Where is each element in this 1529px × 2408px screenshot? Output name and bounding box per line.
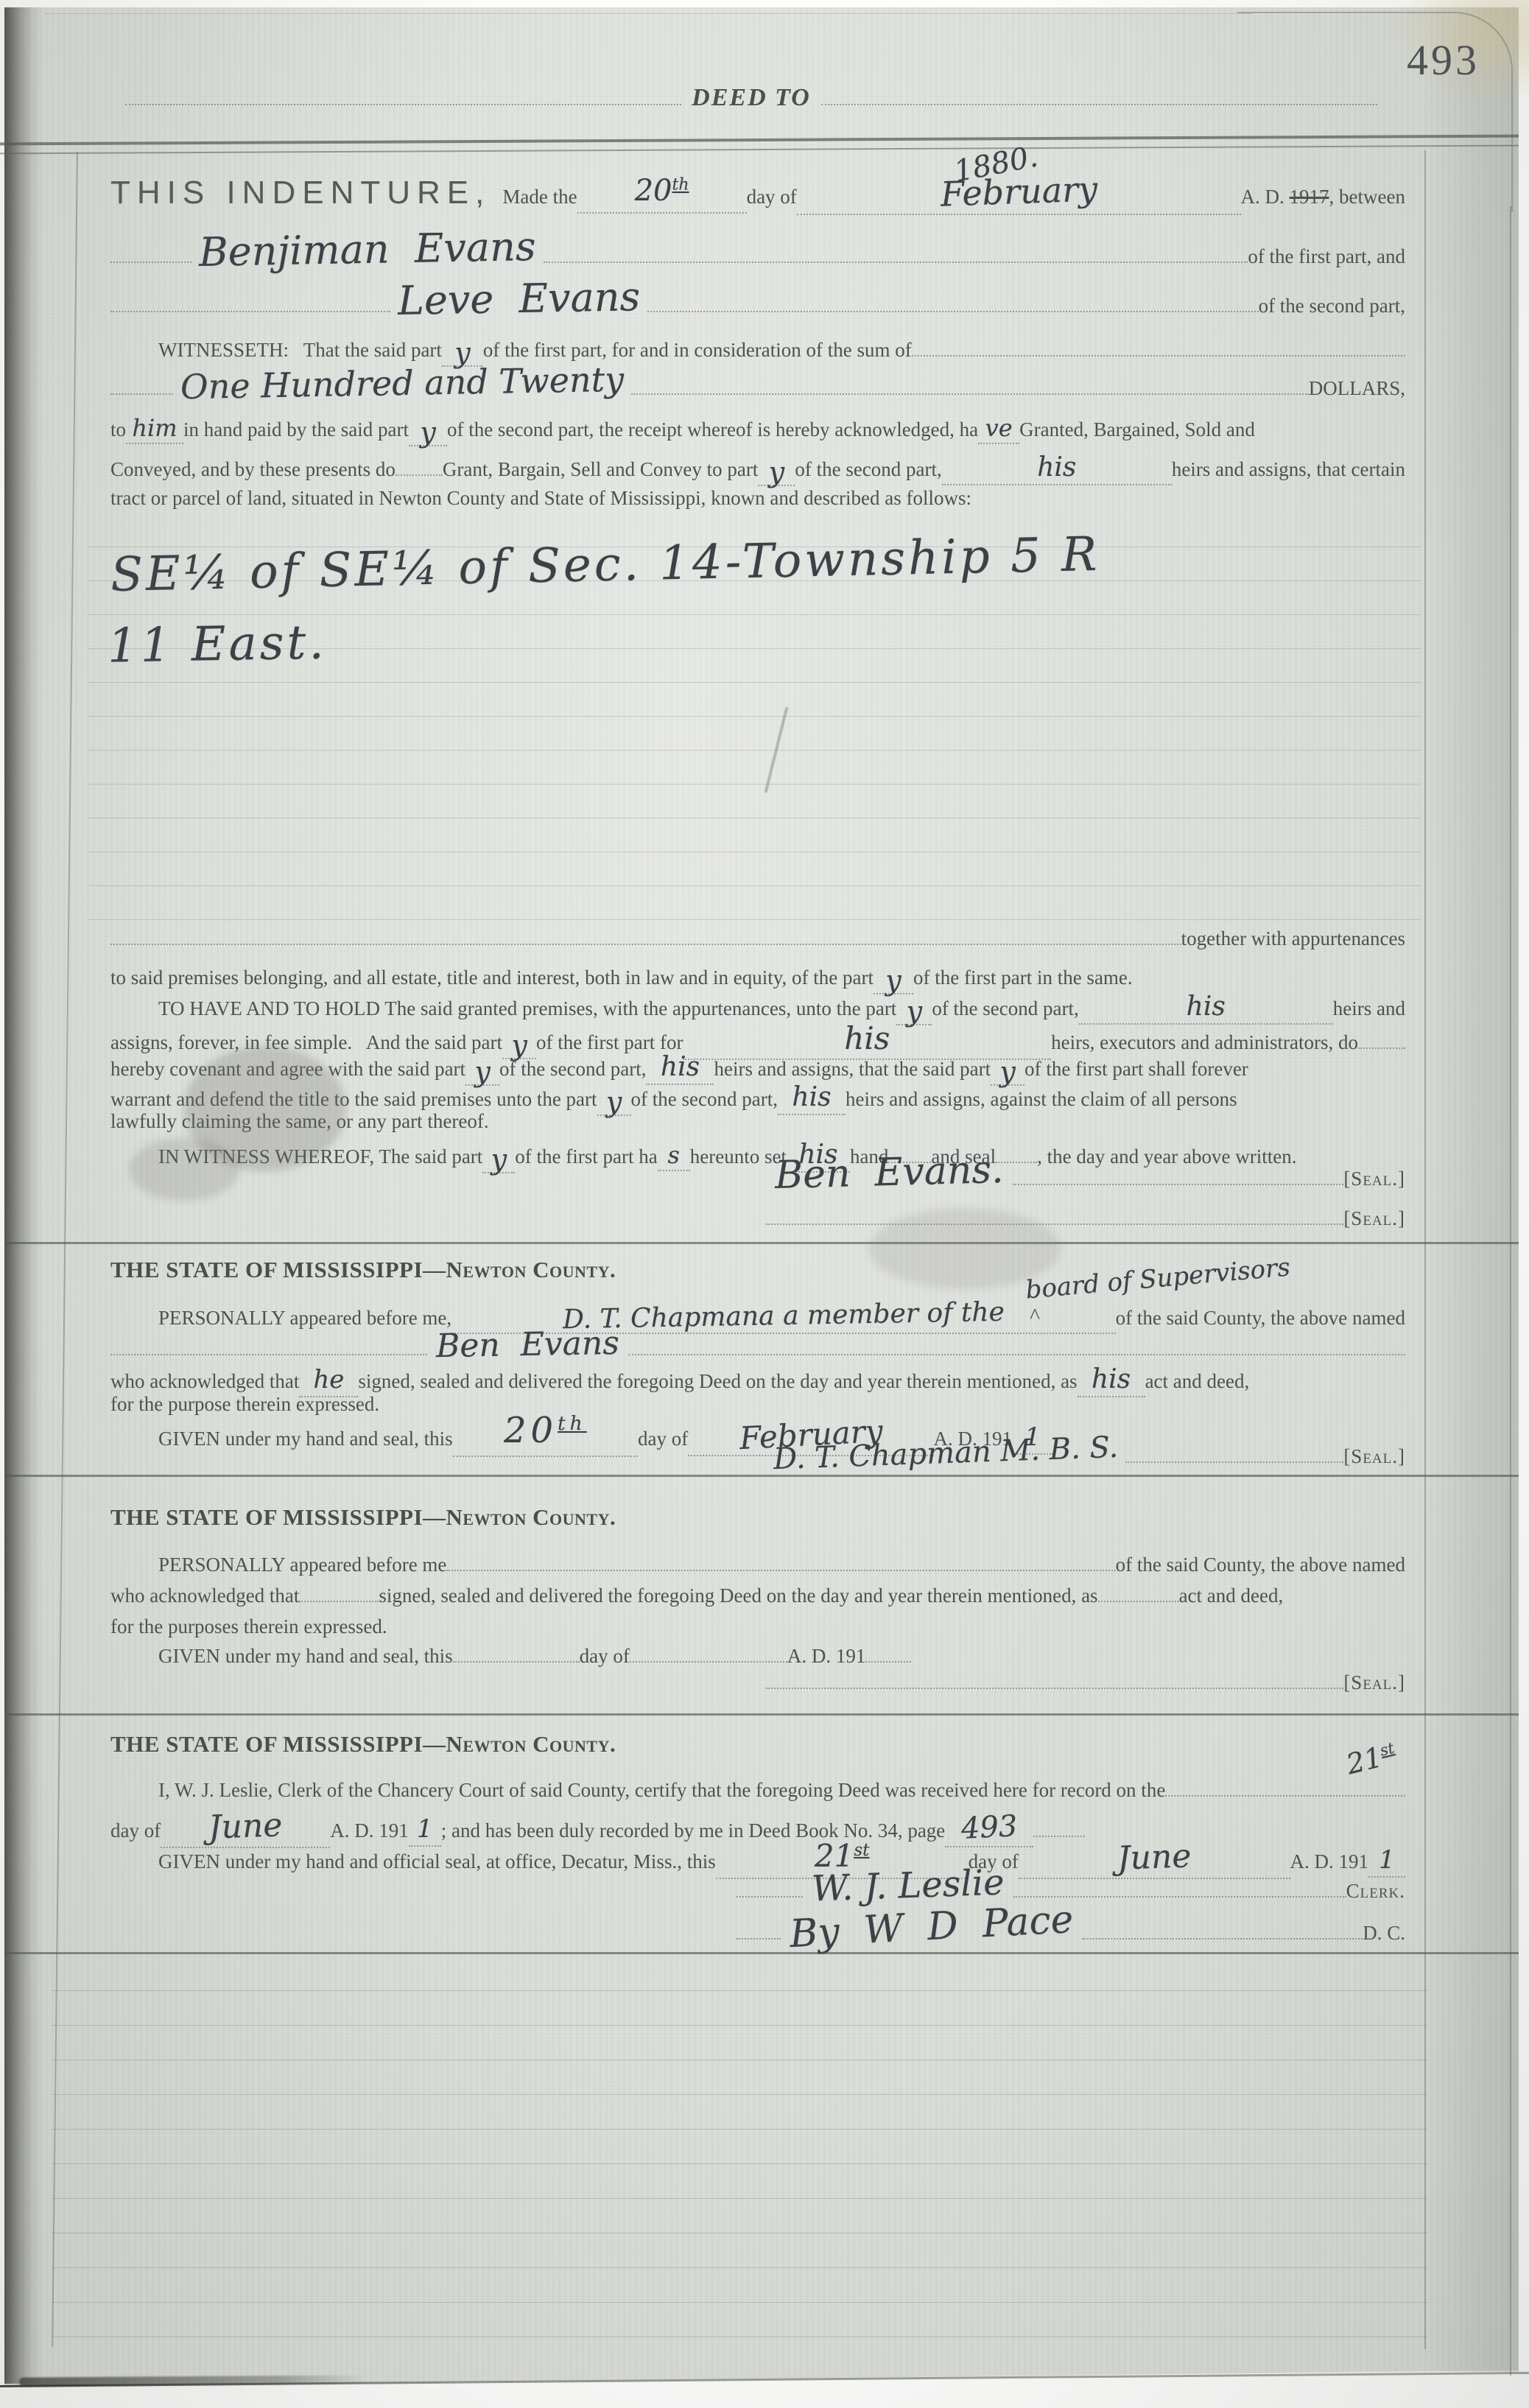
print-day-of: day of: [638, 1427, 688, 1452]
dotted-line: [821, 104, 1377, 105]
ruled-line: [88, 784, 1421, 784]
print-ad-191: A. D. 191: [787, 1644, 866, 1669]
dotted-line: [453, 1661, 580, 1663]
print-witnesseth: WITNESSETH: That the said part: [158, 338, 442, 363]
ruled-line: [52, 2129, 1427, 2130]
ruled-line: [88, 682, 1421, 683]
ruled-line: [52, 2337, 1427, 2337]
heirs-fill: his: [1078, 1363, 1145, 1397]
hw-given-day: 20th: [504, 1408, 587, 1453]
dotted-line: [737, 1896, 803, 1898]
ruled-line: [52, 2094, 1427, 2095]
ink-smudge: [869, 1208, 1061, 1289]
grantee-line: Leve Evans of the second part,: [110, 274, 1405, 324]
hw-acknowledger-name: Ben Evans: [427, 1323, 629, 1367]
print-signed-sealed: signed, sealed and delivered the foregoi…: [379, 1584, 1097, 1609]
dotted-line: [110, 1354, 427, 1355]
deputy-label: D. C.: [1363, 1921, 1405, 1946]
witnesseth-line1: WITNESSETH: That the said part y of the …: [110, 330, 1405, 367]
print-forever: of the first part shall forever: [1024, 1057, 1248, 1082]
ack1-heading: THE STATE OF MISSISSIPPI— Newton County.: [110, 1257, 616, 1283]
hw-y: y: [606, 1085, 622, 1120]
ruled-line: [88, 885, 1421, 886]
dotted-line: [647, 311, 1258, 312]
party-fill: y: [758, 449, 795, 486]
hw-grantee-name: Leve Evans: [390, 272, 647, 326]
print-grant-bargain: Grant, Bargain, Sell and Convey to part: [443, 457, 758, 482]
print-heirs-assigns: heirs and assigns, that certain: [1172, 457, 1405, 482]
hw-his: his: [1092, 1363, 1131, 1396]
print-appurtenances: together with appurtenances: [1181, 927, 1405, 952]
ruled-line: [88, 614, 1421, 615]
print-to: to: [110, 418, 126, 443]
print-given: GIVEN under my hand and seal, this: [158, 1427, 453, 1452]
day-fill: 20th: [453, 1411, 638, 1457]
hw-day-num: 20: [504, 1410, 558, 1451]
grantor-line: Benjiman Evans of the first part, and: [110, 225, 1405, 275]
hw-s: s: [668, 1140, 680, 1170]
print-between: , between: [1329, 185, 1405, 210]
ruled-line: [52, 2198, 1427, 2199]
dotted-line: [1098, 1601, 1179, 1602]
print-made-the: Made the: [502, 185, 577, 210]
ruled-line: [88, 716, 1421, 717]
print-given: GIVEN under my hand and seal, this: [158, 1644, 453, 1669]
dotted-line: [737, 1938, 781, 1940]
grantor-signature-line: Ben Evans. [Seal.]: [766, 1149, 1405, 1197]
ruled-line: [88, 852, 1421, 852]
indenture-title: THIS INDENTURE,: [110, 172, 491, 213]
print-premises: to said premises belonging, and all esta…: [110, 966, 874, 991]
county-heading: Newton County.: [446, 1504, 616, 1531]
print-signed-sealed: signed, sealed and delivered the foregoi…: [358, 1369, 1077, 1394]
ruled-line: [52, 2025, 1427, 2026]
dotted-line: [446, 1570, 1115, 1571]
witnesseth-line4: tract or parcel of land, situated in New…: [110, 486, 971, 511]
witnesseth-line2: to him in hand paid by the said part y o…: [110, 410, 1405, 446]
print-act-deed: act and deed,: [1145, 1369, 1250, 1394]
print-dollars: DOLLARS,: [1309, 376, 1405, 401]
dotted-line: [630, 1661, 787, 1663]
state-heading: THE STATE OF MISSISSIPPI—: [110, 1257, 446, 1283]
appurtenances-line: together with appurtenances: [110, 927, 1405, 952]
ack2-heading: THE STATE OF MISSISSIPPI— Newton County.: [110, 1504, 616, 1531]
print-given-official: GIVEN under my hand and official seal, a…: [158, 1850, 716, 1875]
print-receipt: of the second part, the receipt whereof …: [447, 418, 978, 443]
book-binding-shadow: [4, 7, 43, 2384]
print-granted: Granted, Bargained, Sold and: [1019, 418, 1255, 443]
dotted-line: [865, 1661, 911, 1663]
payee-fill: him: [126, 413, 183, 444]
deputy-signature-line: By W D Pace D. C.: [737, 1903, 1405, 1951]
verb-fill: ve: [978, 413, 1019, 444]
print-day-of: day of: [747, 185, 797, 210]
dotted-line: [1082, 1938, 1363, 1940]
hw-day-suffix: st: [854, 1841, 869, 1860]
section-divider: [4, 1952, 1519, 1954]
dotted-line: [912, 355, 1405, 357]
ack2-acknowledged-line: who acknowledged that signed, sealed and…: [110, 1584, 1405, 1609]
print-clerk-cert: I, W. J. Leslie, Clerk of the Chancery C…: [158, 1778, 1165, 1803]
clerk-heading: THE STATE OF MISSISSIPPI— Newton County.: [110, 1731, 616, 1758]
amount-line: One Hundred and Twenty DOLLARS,: [110, 362, 1405, 405]
hw-him: him: [132, 413, 177, 443]
hw-grantor-signature: Ben Evans.: [765, 1146, 1013, 1201]
print-in-same: of the first part in the same.: [913, 966, 1133, 991]
hw-land-description-2: 11 East.: [107, 615, 327, 673]
party-fill: y: [409, 410, 447, 446]
ack2-personally-line: PERSONALLY appeared before me of the sai…: [110, 1553, 1405, 1578]
ruled-line: [52, 2233, 1427, 2233]
dotted-line: [125, 104, 681, 105]
page-number: 493: [1407, 35, 1480, 85]
dotted-line: [299, 1601, 379, 1602]
clerk-label: Clerk.: [1346, 1879, 1405, 1904]
hw-y: y: [769, 455, 784, 491]
opening-line: THIS INDENTURE, Made the 20th day of Feb…: [110, 171, 1405, 215]
print-heirs: heirs and: [1333, 997, 1405, 1022]
ack1-officer-signature-line: D. T. Chapman M. B. S. [Seal.]: [766, 1435, 1405, 1472]
ack2-seal-line: [Seal.]: [766, 1671, 1405, 1696]
print-against-claim: heirs and assigns, against the claim of …: [846, 1087, 1237, 1112]
seal-label: [Seal.]: [1343, 1167, 1405, 1192]
ruled-line: [52, 1990, 1427, 1991]
dotted-line: [628, 1354, 1405, 1355]
heirs-fill: his: [778, 1081, 846, 1115]
state-heading: THE STATE OF MISSISSIPPI—: [110, 1504, 446, 1531]
hw-he: he: [313, 1364, 344, 1396]
print-of-first-part: of the first part, and: [1248, 245, 1405, 270]
hw-his: his: [792, 1081, 831, 1114]
print-first-ha: of the first part ha: [515, 1145, 657, 1170]
dotted-line: [766, 1224, 1343, 1225]
ruled-line: [88, 818, 1421, 818]
hw-day: 20th: [635, 172, 689, 209]
dotted-line: [631, 393, 1309, 395]
day-fill: 20th: [577, 175, 747, 214]
print-to-have: TO HAVE AND TO HOLD The said granted pre…: [158, 997, 896, 1022]
dotted-line: [396, 474, 443, 476]
print-act-deed: act and deed,: [1179, 1584, 1284, 1609]
page-edge-line: [1510, 206, 1511, 2376]
dotted-line: [766, 1688, 1343, 1689]
ack2-given-line: GIVEN under my hand and seal, this day o…: [110, 1644, 980, 1669]
print-said-county: of the said County, the above named: [1116, 1553, 1405, 1578]
print-day-of: day of: [580, 1644, 630, 1669]
print-personally: PERSONALLY appeared before me: [158, 1553, 446, 1578]
state-heading: THE STATE OF MISSISSIPPI—: [110, 1731, 446, 1758]
seal-label: [Seal.]: [1343, 1445, 1405, 1470]
month-fill: February: [797, 171, 1241, 215]
hw-grantor-name: Benjiman Evans: [191, 222, 544, 278]
print-paid-by: in hand paid by the said part: [183, 418, 409, 443]
scanned-deed-page: 493 DEED TO THIS INDENTURE, Made the 20t…: [0, 0, 1529, 2408]
section-divider: [4, 1242, 1519, 1244]
hw-deputy-signature: By W D Pace: [780, 1895, 1083, 1959]
second-seal-line: [Seal.]: [766, 1207, 1405, 1232]
struck-year: 1917: [1290, 185, 1329, 210]
dotted-line: [110, 311, 390, 312]
right-margin-line: [1424, 150, 1426, 2349]
page-curl-shading: [1421, 7, 1519, 2372]
hw-officer-signature: D. T. Chapman M. B. S.: [765, 1428, 1126, 1478]
ruled-line: [52, 2060, 1427, 2060]
dotted-line: [110, 261, 191, 263]
ruled-line: [52, 2302, 1427, 2303]
hw-ve: ve: [985, 413, 1013, 443]
ack2-purpose-line: for the purposes therein expressed.: [110, 1615, 387, 1640]
hw-y: y: [420, 415, 435, 451]
hw-day-suffix: th: [672, 176, 689, 194]
dotted-line: [1013, 1184, 1344, 1185]
ruled-line: [88, 919, 1421, 920]
witnesseth-line3: Conveyed, and by these presents do Grant…: [110, 449, 1405, 486]
ruled-line: [52, 2267, 1427, 2268]
hw-y: y: [491, 1142, 507, 1178]
print-conveyed: Conveyed, and by these presents do: [110, 457, 396, 482]
print-who-ack: who acknowledged that: [110, 1584, 299, 1609]
hw-amount: One Hundred and Twenty: [173, 359, 632, 409]
dotted-line: [1125, 1461, 1343, 1463]
verb-fill: s: [658, 1140, 690, 1171]
dotted-line: [110, 944, 1181, 945]
heirs-fill: his: [942, 451, 1172, 485]
party-fill: y: [597, 1079, 631, 1116]
dotted-line: [110, 393, 173, 395]
ruled-line: [88, 750, 1421, 751]
county-heading: Newton County.: [446, 1731, 616, 1758]
print-second: of the second part,: [499, 1057, 646, 1082]
section-divider: [4, 1475, 1519, 1477]
hw-day-num: 20: [635, 174, 672, 208]
print-second: of the second part,: [631, 1087, 778, 1112]
top-border-line: [44, 13, 1252, 14]
county-heading: Newton County.: [446, 1257, 616, 1283]
print-who-ack: who acknowledged that: [110, 1369, 299, 1394]
hw-his: his: [1187, 990, 1226, 1023]
ack1-name-line: Ben Evans: [110, 1324, 1405, 1365]
hw-day-suffix: th: [558, 1412, 587, 1435]
party-fill: y: [482, 1137, 515, 1173]
dotted-line: [1165, 1795, 1405, 1797]
print-second-part: of the second part,: [795, 457, 941, 482]
header-row: DEED TO: [125, 83, 1377, 114]
dotted-line: [544, 261, 1248, 263]
print-of-second-part: of the second part,: [1259, 294, 1405, 319]
print-ad: A. D.: [1241, 185, 1290, 210]
header-title: DEED TO: [692, 83, 811, 114]
hw-his: his: [1037, 451, 1076, 484]
clerk-cert-line1: I, W. J. Leslie, Clerk of the Chancery C…: [110, 1778, 1405, 1803]
section-divider: [4, 1713, 1519, 1716]
ink-smudge: [129, 1138, 239, 1201]
print-second: of the second part,: [932, 997, 1078, 1022]
seal-label: [Seal.]: [1343, 1671, 1405, 1696]
seal-label: [Seal.]: [1343, 1207, 1405, 1232]
ruled-line: [52, 2163, 1427, 2164]
print-that-said: heirs and assigns, that the said part: [714, 1057, 991, 1082]
